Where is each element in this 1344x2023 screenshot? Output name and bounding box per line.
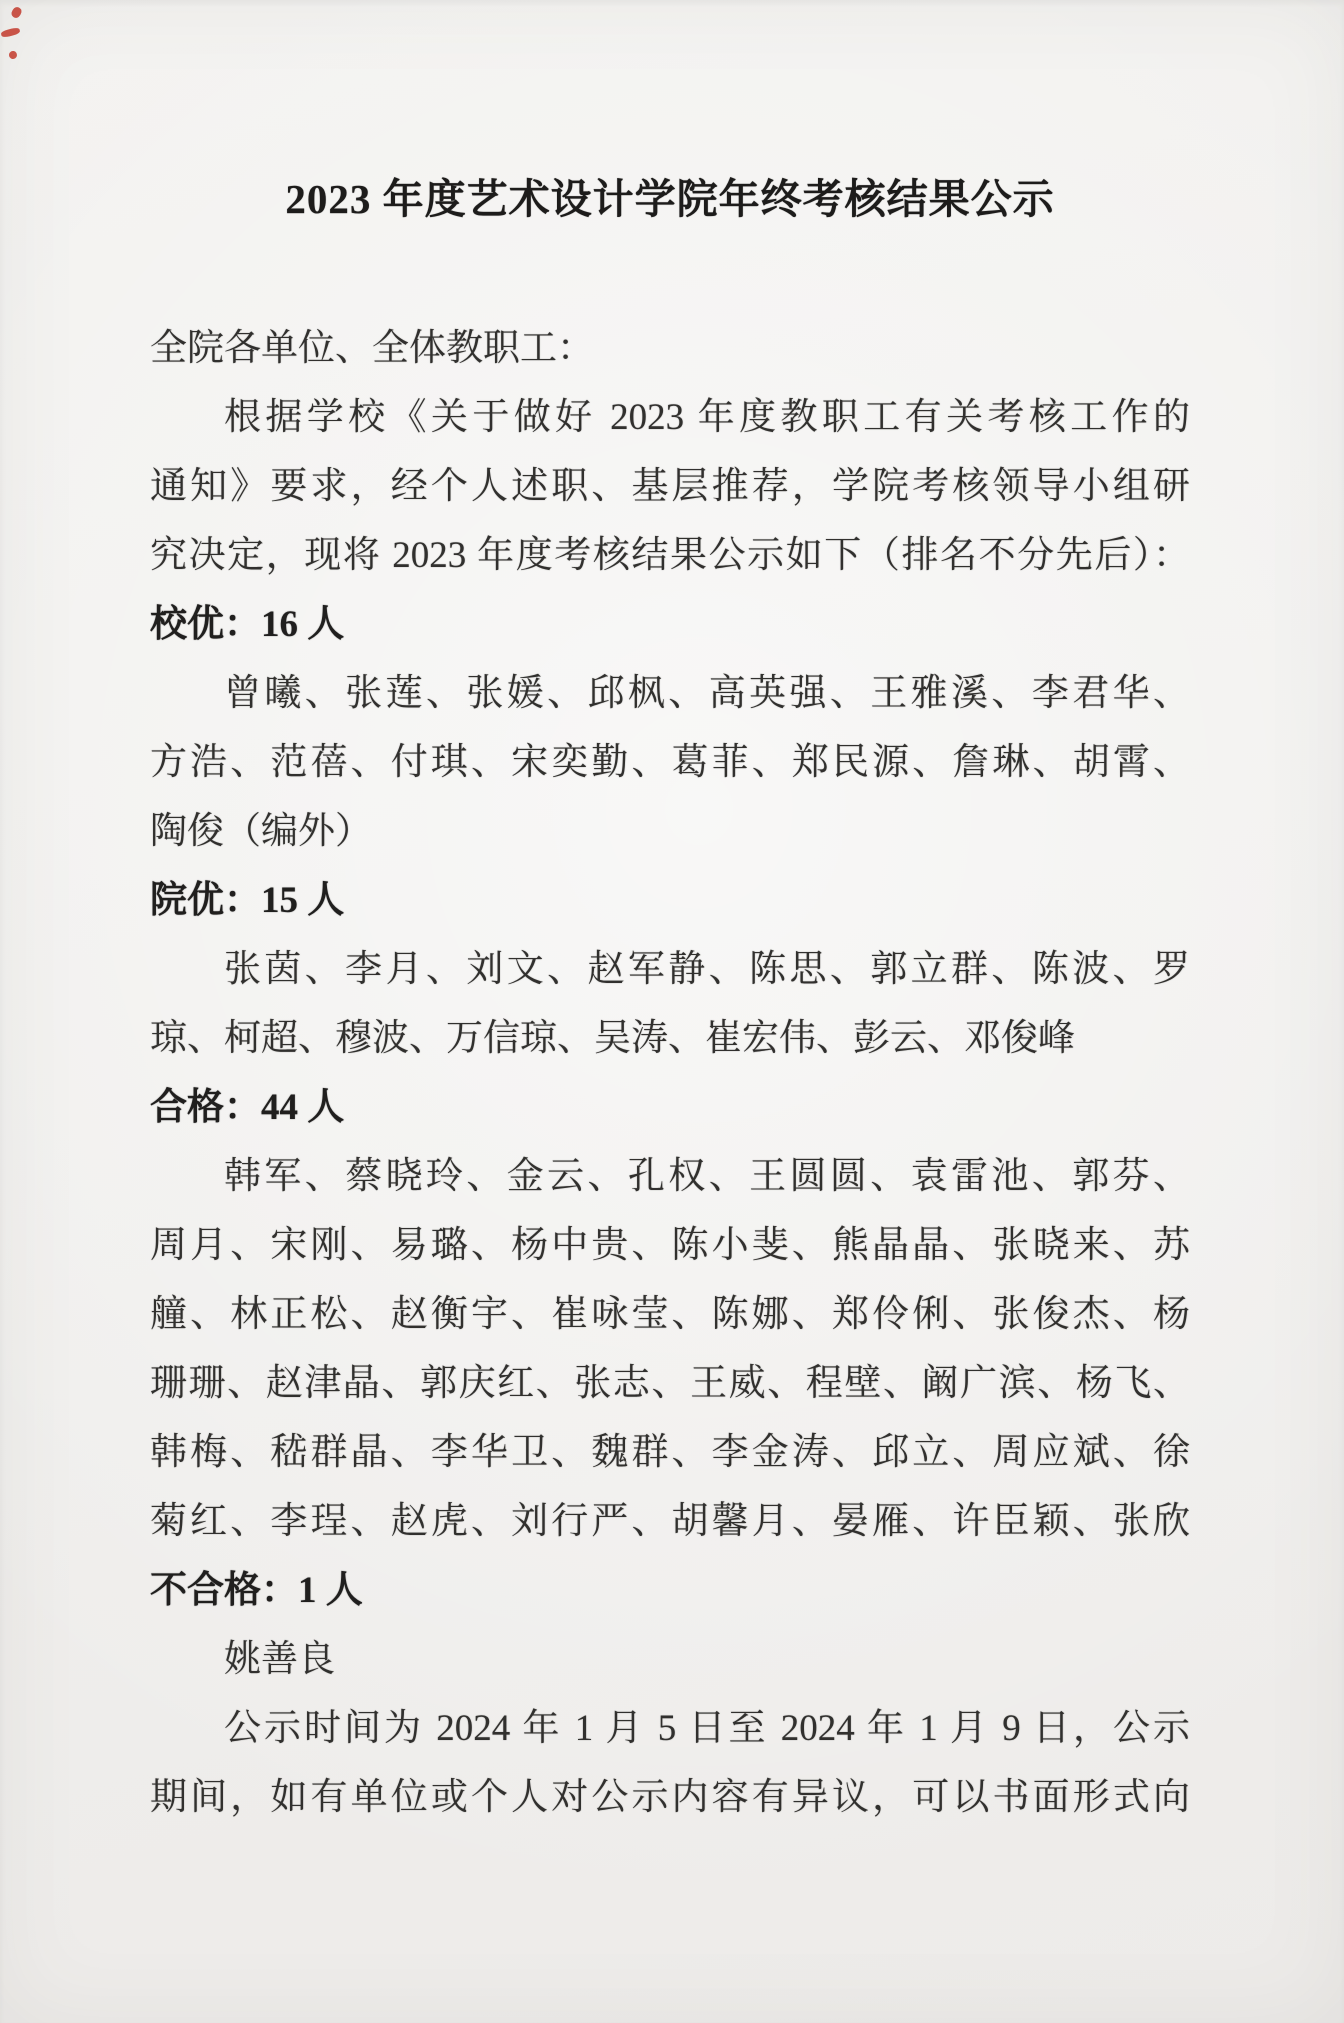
names-line: 珊珊、赵津晶、郭庆红、张志、王威、程壁、阚广滨、杨飞、	[150, 1349, 1190, 1418]
names-line: 方浩、范蓓、付琪、宋奕勤、葛菲、郑民源、詹琳、胡霄、	[150, 728, 1190, 797]
section-heading-college-excellent: 院优：15 人	[150, 866, 1190, 935]
names-line: 琼、柯超、穆波、万信琼、吴涛、崔宏伟、彭云、邓俊峰	[150, 1004, 1190, 1073]
names-line: 陶俊（编外）	[150, 797, 1190, 866]
scanned-page: 2023 年度艺术设计学院年终考核结果公示 全院各单位、全体教职工： 根据学校《…	[0, 0, 1344, 2023]
closing-line: 公示时间为 2024 年 1 月 5 日至 2024 年 1 月 9 日，公示	[150, 1694, 1190, 1763]
document-body: 2023 年度艺术设计学院年终考核结果公示 全院各单位、全体教职工： 根据学校《…	[150, 168, 1190, 1832]
section-heading-qualified: 合格：44 人	[150, 1073, 1190, 1142]
salutation: 全院各单位、全体教职工：	[150, 314, 1190, 383]
red-ink-artifact	[0, 27, 20, 38]
intro-line: 通知》要求，经个人述职、基层推荐，学院考核领导小组研	[150, 452, 1190, 521]
red-ink-artifact	[10, 5, 23, 19]
section-heading-school-excellent: 校优：16 人	[150, 590, 1190, 659]
names-line: 姚善良	[150, 1625, 1190, 1694]
names-line: 菊红、李珵、赵虎、刘行严、胡馨月、晏雁、许臣颖、张欣	[150, 1487, 1190, 1556]
closing-line: 期间，如有单位或个人对公示内容有异议，可以书面形式向	[150, 1763, 1190, 1832]
names-line: 艟、林正松、赵衡宇、崔咏莹、陈娜、郑伶俐、张俊杰、杨	[150, 1280, 1190, 1349]
section-heading-unqualified: 不合格：1 人	[150, 1556, 1190, 1625]
names-line: 曾曦、张莲、张媛、邱枫、高英强、王雅溪、李君华、	[150, 659, 1190, 728]
names-line: 韩军、蔡晓玲、金云、孔权、王圆圆、袁雷池、郭芬、	[150, 1142, 1190, 1211]
red-ink-artifact	[8, 50, 17, 59]
document-title: 2023 年度艺术设计学院年终考核结果公示	[150, 168, 1190, 230]
names-line: 张茵、李月、刘文、赵军静、陈思、郭立群、陈波、罗	[150, 935, 1190, 1004]
names-line: 韩梅、嵇群晶、李华卫、魏群、李金涛、邱立、周应斌、徐	[150, 1418, 1190, 1487]
intro-line: 究决定，现将 2023 年度考核结果公示如下（排名不分先后）：	[150, 521, 1190, 590]
names-line: 周月、宋刚、易璐、杨中贵、陈小斐、熊晶晶、张晓来、苏	[150, 1211, 1190, 1280]
intro-line: 根据学校《关于做好 2023 年度教职工有关考核工作的	[150, 383, 1190, 452]
